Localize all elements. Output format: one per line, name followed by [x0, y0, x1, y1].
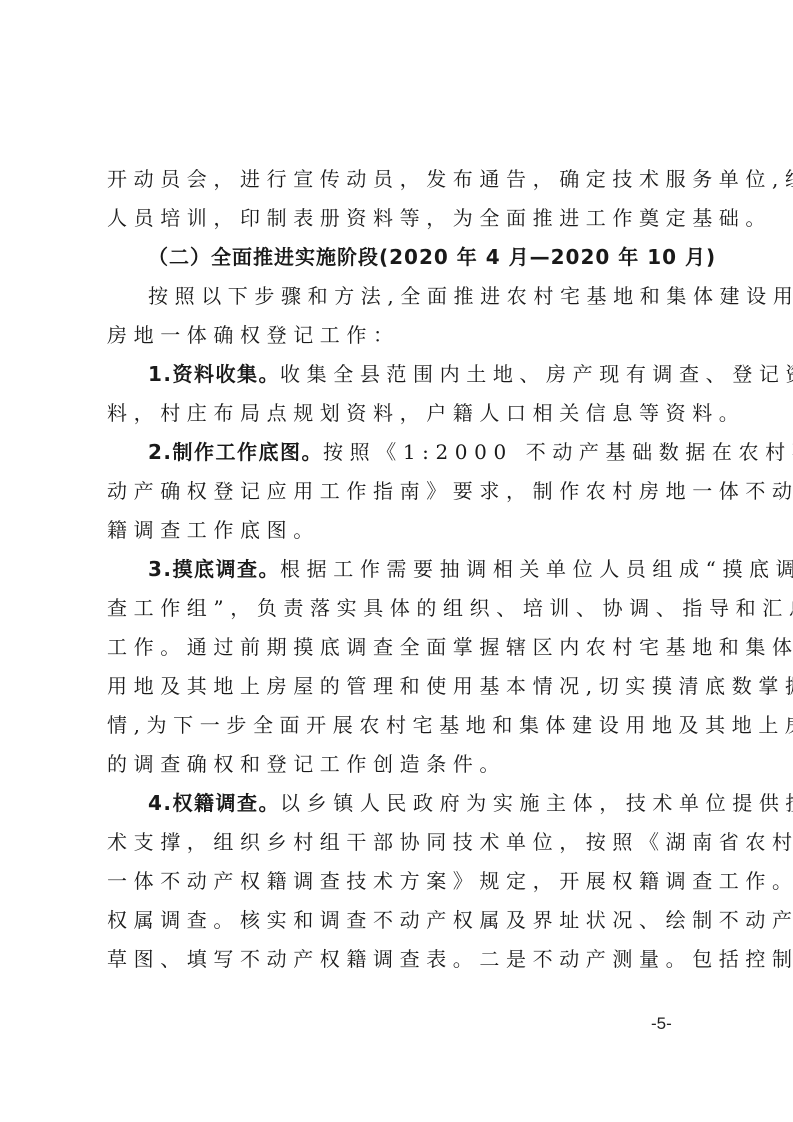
paragraph-line: 草图、填写不动产权籍调查表。二是不动产测量。包括控制测量、 — [107, 946, 697, 972]
item-4-text: 以乡镇人民政府为实施主体，技术单位提供技 — [280, 791, 793, 815]
paragraph-line: 情,为下一步全面开展农村宅基地和集体建设用地及其地上房屋 — [107, 712, 697, 738]
paragraph-line: 工作。通过前期摸底调查全面掌握辖区内农村宅基地和集体建设 — [107, 634, 697, 660]
paragraph-line: 动产确权登记应用工作指南》要求，制作农村房地一体不动产权 — [107, 478, 697, 504]
item-4-title: 4.权籍调查。 — [148, 791, 280, 815]
paragraph-line: 料，村庄布局点规划资料，户籍人口相关信息等资料。 — [107, 400, 697, 426]
document-page: 开动员会，进行宣传动员，发布通告，确定技术服务单位,组织 人员培训，印制表册资料… — [0, 0, 793, 1122]
item-3-text: 根据工作需要抽调相关单位人员组成“摸底调 — [280, 557, 793, 581]
paragraph-line: 查工作组”，负责落实具体的组织、培训、协调、指导和汇总等 — [107, 595, 697, 621]
item-4-line: 4.权籍调查。以乡镇人民政府为实施主体，技术单位提供技 — [148, 790, 698, 816]
page-number: -5- — [651, 1014, 672, 1034]
paragraph-line: 的调查确权和登记工作创造条件。 — [107, 751, 697, 777]
item-3-line: 3.摸底调查。根据工作需要抽调相关单位人员组成“摸底调 — [148, 556, 698, 582]
item-1-line: 1.资料收集。收集全县范围内土地、房产现有调查、登记资 — [148, 361, 698, 387]
section-heading: （二）全面推进实施阶段(2020 年 4 月—2020 年 10 月) — [148, 244, 738, 270]
item-2-line: 2.制作工作底图。按照《1:2000 不动产基础数据在农村不 — [148, 439, 698, 465]
paragraph-line: 用地及其地上房屋的管理和使用基本情况,切实摸清底数掌握实 — [107, 673, 697, 699]
paragraph-line: 权属调查。核实和调查不动产权属及界址状况、绘制不动产单元 — [107, 907, 697, 933]
paragraph-line: 按照以下步骤和方法,全面推进农村宅基地和集体建设用地 — [148, 283, 698, 309]
item-1-title: 1.资料收集。 — [148, 362, 280, 386]
paragraph-line: 开动员会，进行宣传动员，发布通告，确定技术服务单位,组织 — [107, 166, 697, 192]
paragraph-line: 一体不动产权籍调查技术方案》规定，开展权籍调查工作。一是 — [107, 868, 697, 894]
paragraph-line: 人员培训，印制表册资料等，为全面推进工作奠定基础。 — [107, 205, 697, 231]
item-2-title: 2.制作工作底图。 — [148, 440, 323, 464]
paragraph-line: 籍调查工作底图。 — [107, 517, 697, 543]
item-2-text: 按照《1:2000 不动产基础数据在农村不 — [323, 440, 793, 464]
paragraph-line: 术支撑，组织乡村组干部协同技术单位，按照《湖南省农村房地 — [107, 829, 697, 855]
item-1-text: 收集全县范围内土地、房产现有调查、登记资 — [280, 362, 793, 386]
paragraph-line: 房地一体确权登记工作： — [107, 322, 697, 348]
item-3-title: 3.摸底调查。 — [148, 557, 280, 581]
